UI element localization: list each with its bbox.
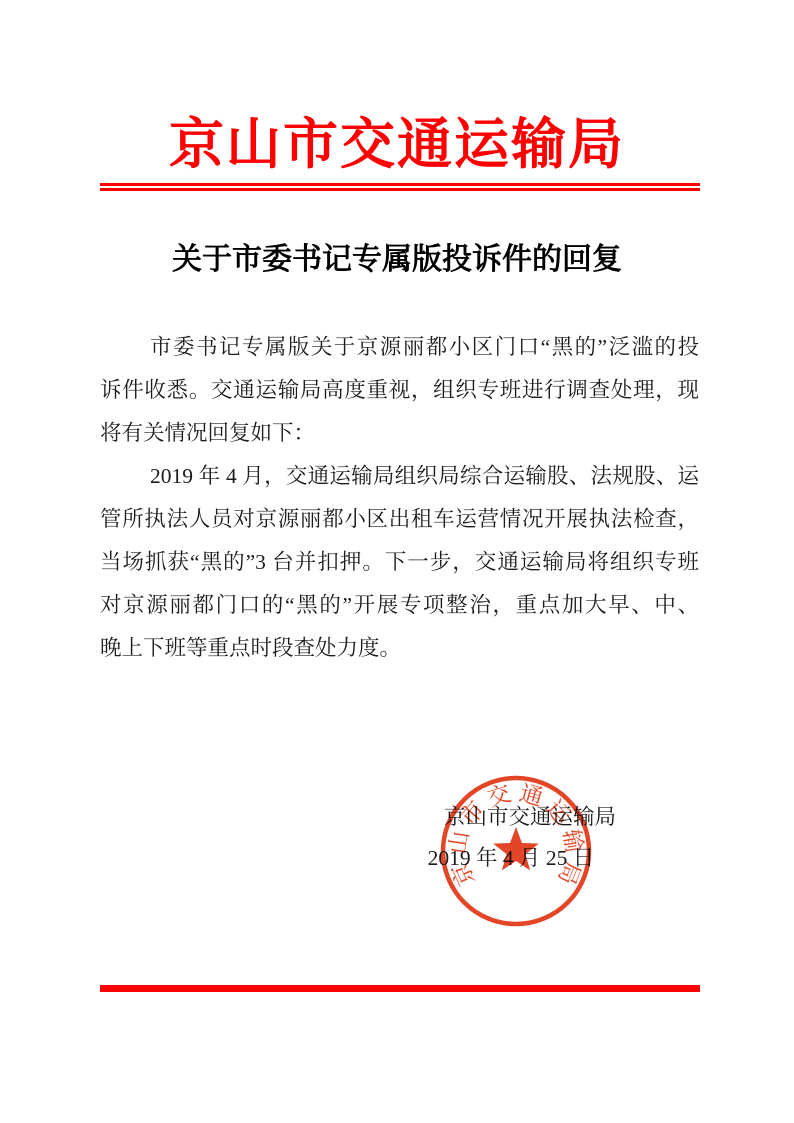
letterhead-divider [100,183,700,191]
body-line: 将有关情况回复如下： [100,412,699,455]
body-line: 晚上下班等重点时段查处力度。 [100,627,699,670]
document-title: 关于市委书记专属版投诉件的回复 [0,237,794,283]
star-icon [493,827,539,870]
body-line: 市委书记专属版关于京源丽都小区门口“黑的”泛滥的投 [100,326,699,369]
body-line: 2019 年 4 月，交通运输局组织局综合运输股、法规股、运 [100,455,699,498]
body-line: 对京源丽都门口的“黑的”开展专项整治，重点加大早、中、 [100,584,699,627]
document-page: 京山市交通运输局 关于市委书记专属版投诉件的回复 市委书记专属版关于京源丽都小区… [0,0,794,1123]
body-line: 当场抓获“黑的”3 台并扣押。下一步，交通运输局将组织专班 [100,541,699,584]
letterhead-title: 京山市交通运输局 [0,112,794,178]
body-line: 管所执法人员对京源丽都小区出租车运营情况开展执法检查， [100,498,699,541]
body-text: 市委书记专属版关于京源丽都小区门口“黑的”泛滥的投 诉件收悉。交通运输局高度重视… [100,326,699,670]
official-seal: 京山市交通运输局 [436,771,596,931]
body-line: 诉件收悉。交通运输局高度重视，组织专班进行调查处理，现 [100,369,699,412]
footer-divider [100,985,700,992]
